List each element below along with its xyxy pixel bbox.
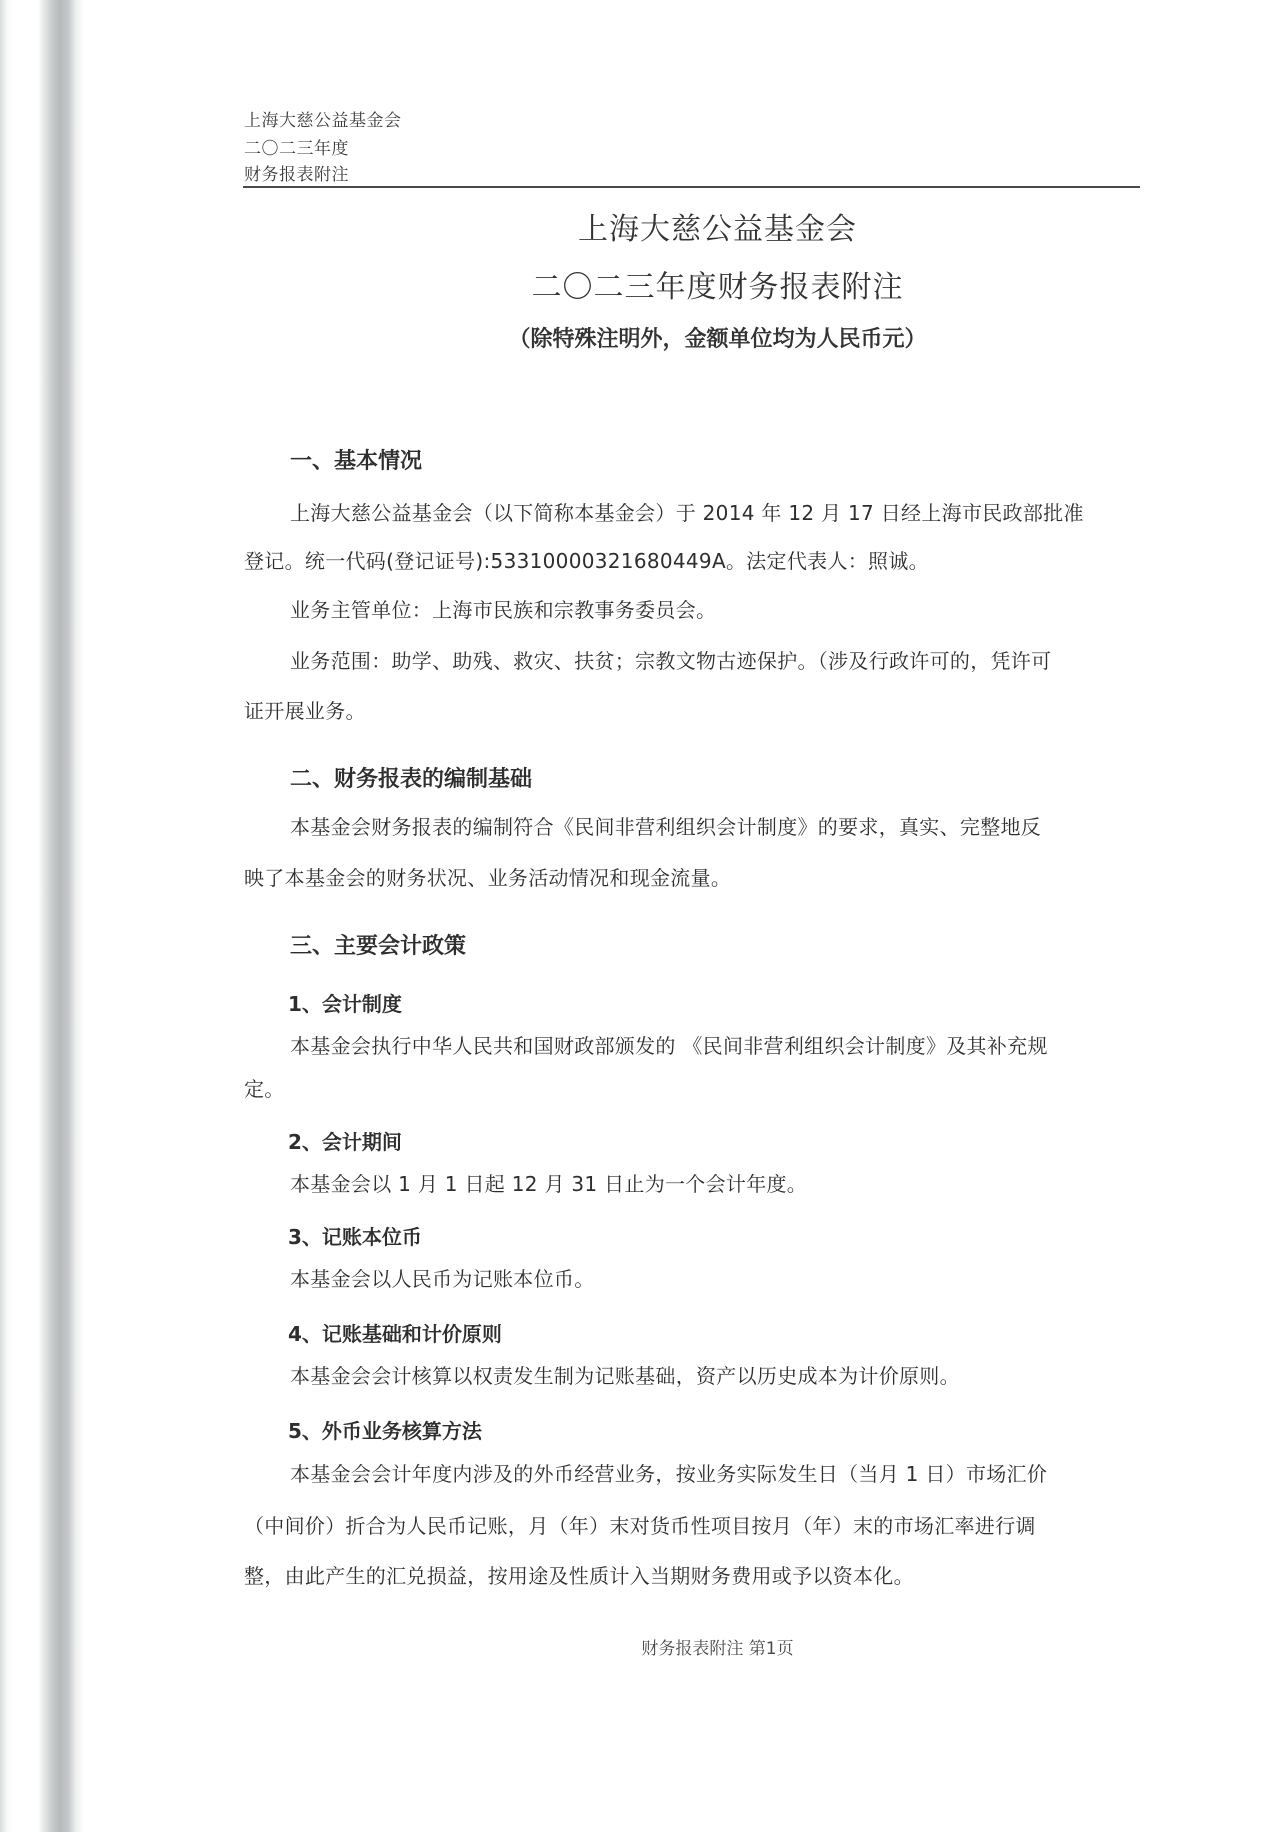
document-page: 上海大慈公益基金会 二〇二三年度 财务报表附注 上海大慈公益基金会 二〇二三年度… — [0, 0, 1285, 1832]
paragraph-line: 本基金会会计年度内涉及的外币经营业务，按业务实际发生日（当月 1 日）市场汇价 — [290, 1458, 1047, 1487]
paragraph-line: （中间价）折合为人民币记账，月（年）末对货币性项目按月（年）末的市场汇率进行调 — [244, 1510, 1036, 1539]
section-heading-policies: 三、主要会计政策 — [290, 929, 466, 960]
paragraph-line: 上海大慈公益基金会（以下简称本基金会）于 2014 年 12 月 17 日经上海… — [290, 497, 1084, 526]
paragraph-line: 本基金会以人民币为记账本位币。 — [290, 1263, 595, 1292]
running-header-org: 上海大慈公益基金会 — [244, 106, 402, 131]
subsection-heading: 2、会计期间 — [288, 1126, 402, 1155]
paragraph-line: 证开展业务。 — [244, 695, 366, 724]
paragraph-line: 定。 — [244, 1073, 285, 1102]
subsection-heading: 5、外币业务核算方法 — [288, 1415, 482, 1444]
paragraph-line: 本基金会以 1 月 1 日起 12 月 31 日止为一个会计年度。 — [290, 1168, 807, 1197]
header-divider — [243, 186, 1140, 188]
section-heading-basis: 二、财务报表的编制基础 — [290, 762, 532, 793]
subsection-heading: 1、会计制度 — [288, 988, 402, 1017]
paragraph-line: 整，由此产生的汇兑损益，按用途及性质计入当期财务费用或予以资本化。 — [244, 1560, 914, 1589]
paragraph-line: 本基金会财务报表的编制符合《民间非营利组织会计制度》的要求，真实、完整地反 — [290, 811, 1041, 840]
running-header-doc: 财务报表附注 — [244, 160, 349, 185]
page-title-org: 上海大慈公益基金会 — [0, 204, 1285, 248]
paragraph-line: 业务主管单位：上海市民族和宗教事务委员会。 — [290, 594, 716, 623]
subsection-heading: 3、记账本位币 — [288, 1221, 422, 1250]
subsection-heading: 4、记账基础和计价原则 — [288, 1318, 502, 1347]
running-header-year: 二〇二三年度 — [244, 134, 349, 159]
page-footer: 财务报表附注 第1页 — [0, 1634, 1285, 1659]
paragraph-line: 登记。统一代码(登记证号):53310000321680449A。法定代表人：照… — [244, 545, 929, 574]
paragraph-line: 业务范围：助学、助残、救灾、扶贫；宗教文物古迹保护。（涉及行政许可的，凭许可 — [290, 645, 1051, 674]
page-subtitle: （除特殊注明外，金额单位均为人民币元） — [0, 322, 1285, 353]
page-title-doc: 二〇二三年度财务报表附注 — [0, 262, 1285, 306]
paragraph-line: 本基金会会计核算以权责发生制为记账基础，资产以历史成本为计价原则。 — [290, 1360, 960, 1389]
section-heading-basic-info: 一、基本情况 — [290, 444, 422, 475]
paragraph-line: 映了本基金会的财务状况、业务活动情况和现金流量。 — [244, 862, 731, 891]
paragraph-line: 本基金会执行中华人民共和国财政部颁发的 《民间非营利组织会计制度》及其补充规 — [290, 1030, 1048, 1059]
